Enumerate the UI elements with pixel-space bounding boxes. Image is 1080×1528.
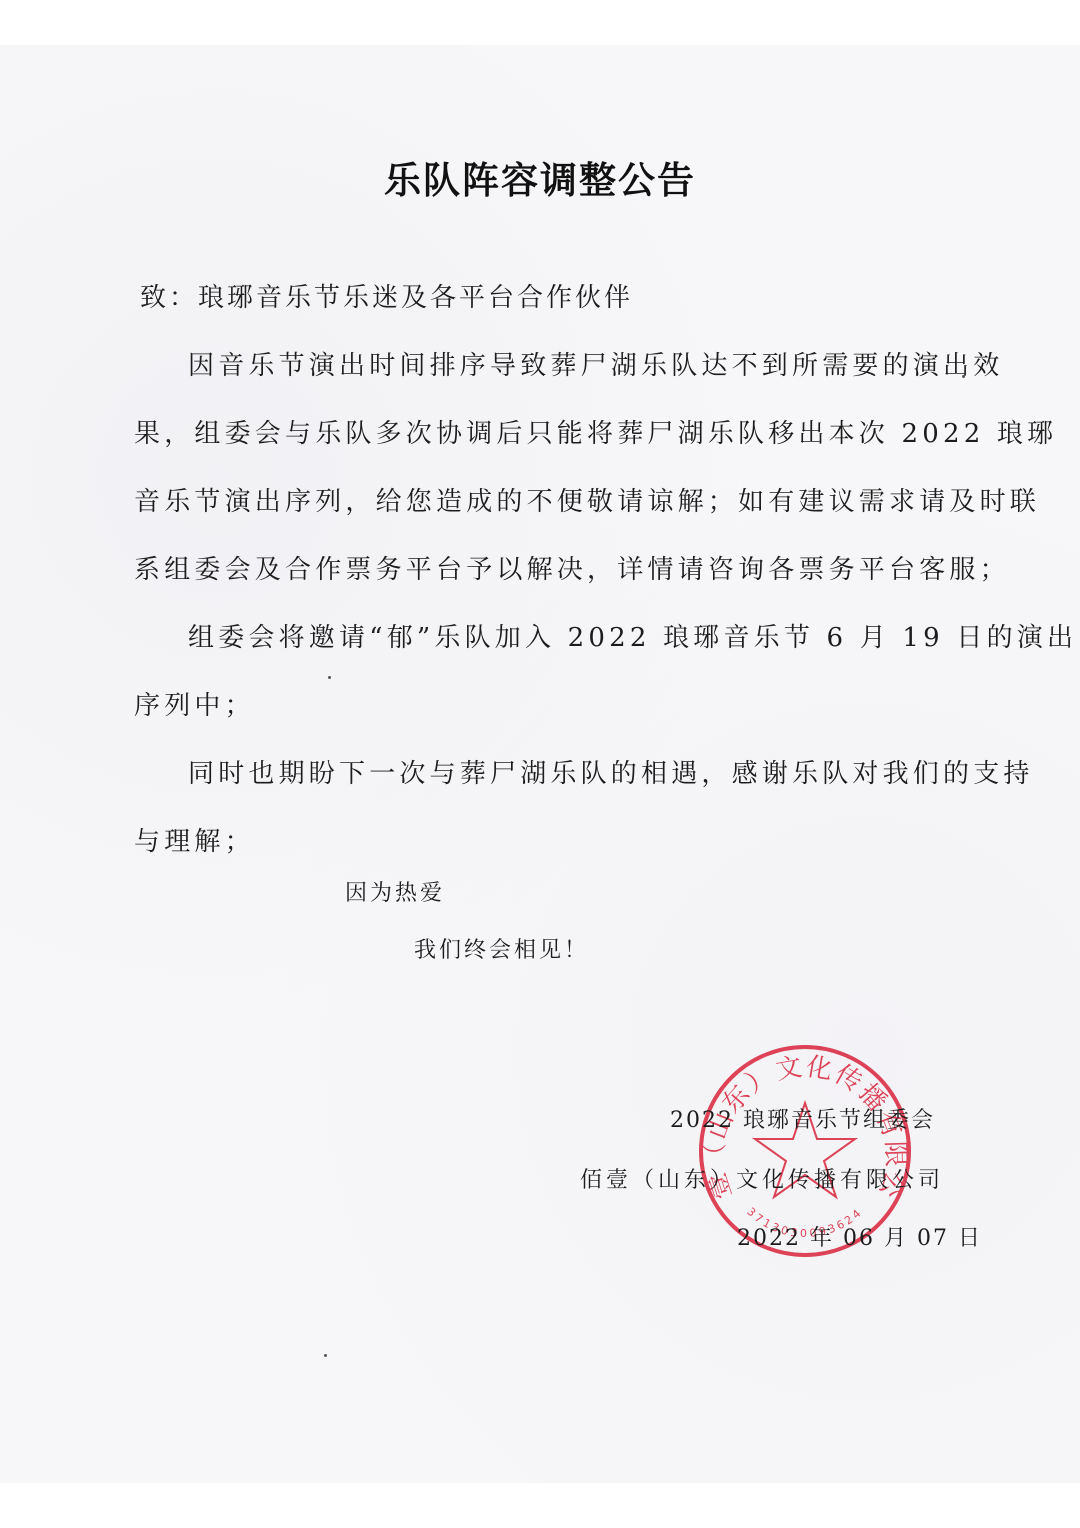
scan-speck [962, 375, 965, 378]
salutation: 致：琅琊音乐节乐迷及各平台合作伙伴 [140, 277, 633, 314]
paragraph-line: 与理解； [134, 821, 255, 858]
closing-line-1: 因为热爱 [345, 876, 445, 907]
signature-organizer: 2022 琅琊音乐节组委会 [670, 1103, 935, 1134]
signature-date: 2022 年 06 月 07 日 [737, 1221, 982, 1252]
closing-line-2: 我们终会相见！ [414, 933, 589, 964]
scan-speck [324, 1354, 327, 1357]
scan-speck [328, 676, 331, 679]
paragraph-line: 同时也期盼下一次与葬尸湖乐队的相遇，感谢乐队对我们的支持 [188, 753, 1034, 790]
paragraph-line: 系组委会及合作票务平台予以解决，详情请咨询各票务平台客服； [134, 549, 1010, 586]
paragraph-line: 因音乐节演出时间排序导致葬尸湖乐队达不到所需要的演出效 [188, 345, 1003, 382]
paragraph-line: 组委会将邀请“郁”乐队加入 2022 琅琊音乐节 6 月 19 日的演出 [188, 617, 1077, 654]
paragraph-line: 序列中； [134, 685, 255, 722]
signature-company: 佰壹（山东）文化传播有限公司 [580, 1163, 944, 1194]
notice-title: 乐队阵容调整公告 [0, 150, 1080, 204]
paragraph-line: 音乐节演出序列，给您造成的不便敬请谅解；如有建议需求请及时联 [134, 481, 1040, 518]
paragraph-line: 果，组委会与乐队多次协调后只能将葬尸湖乐队移出本次 2022 琅琊 [134, 413, 1057, 450]
